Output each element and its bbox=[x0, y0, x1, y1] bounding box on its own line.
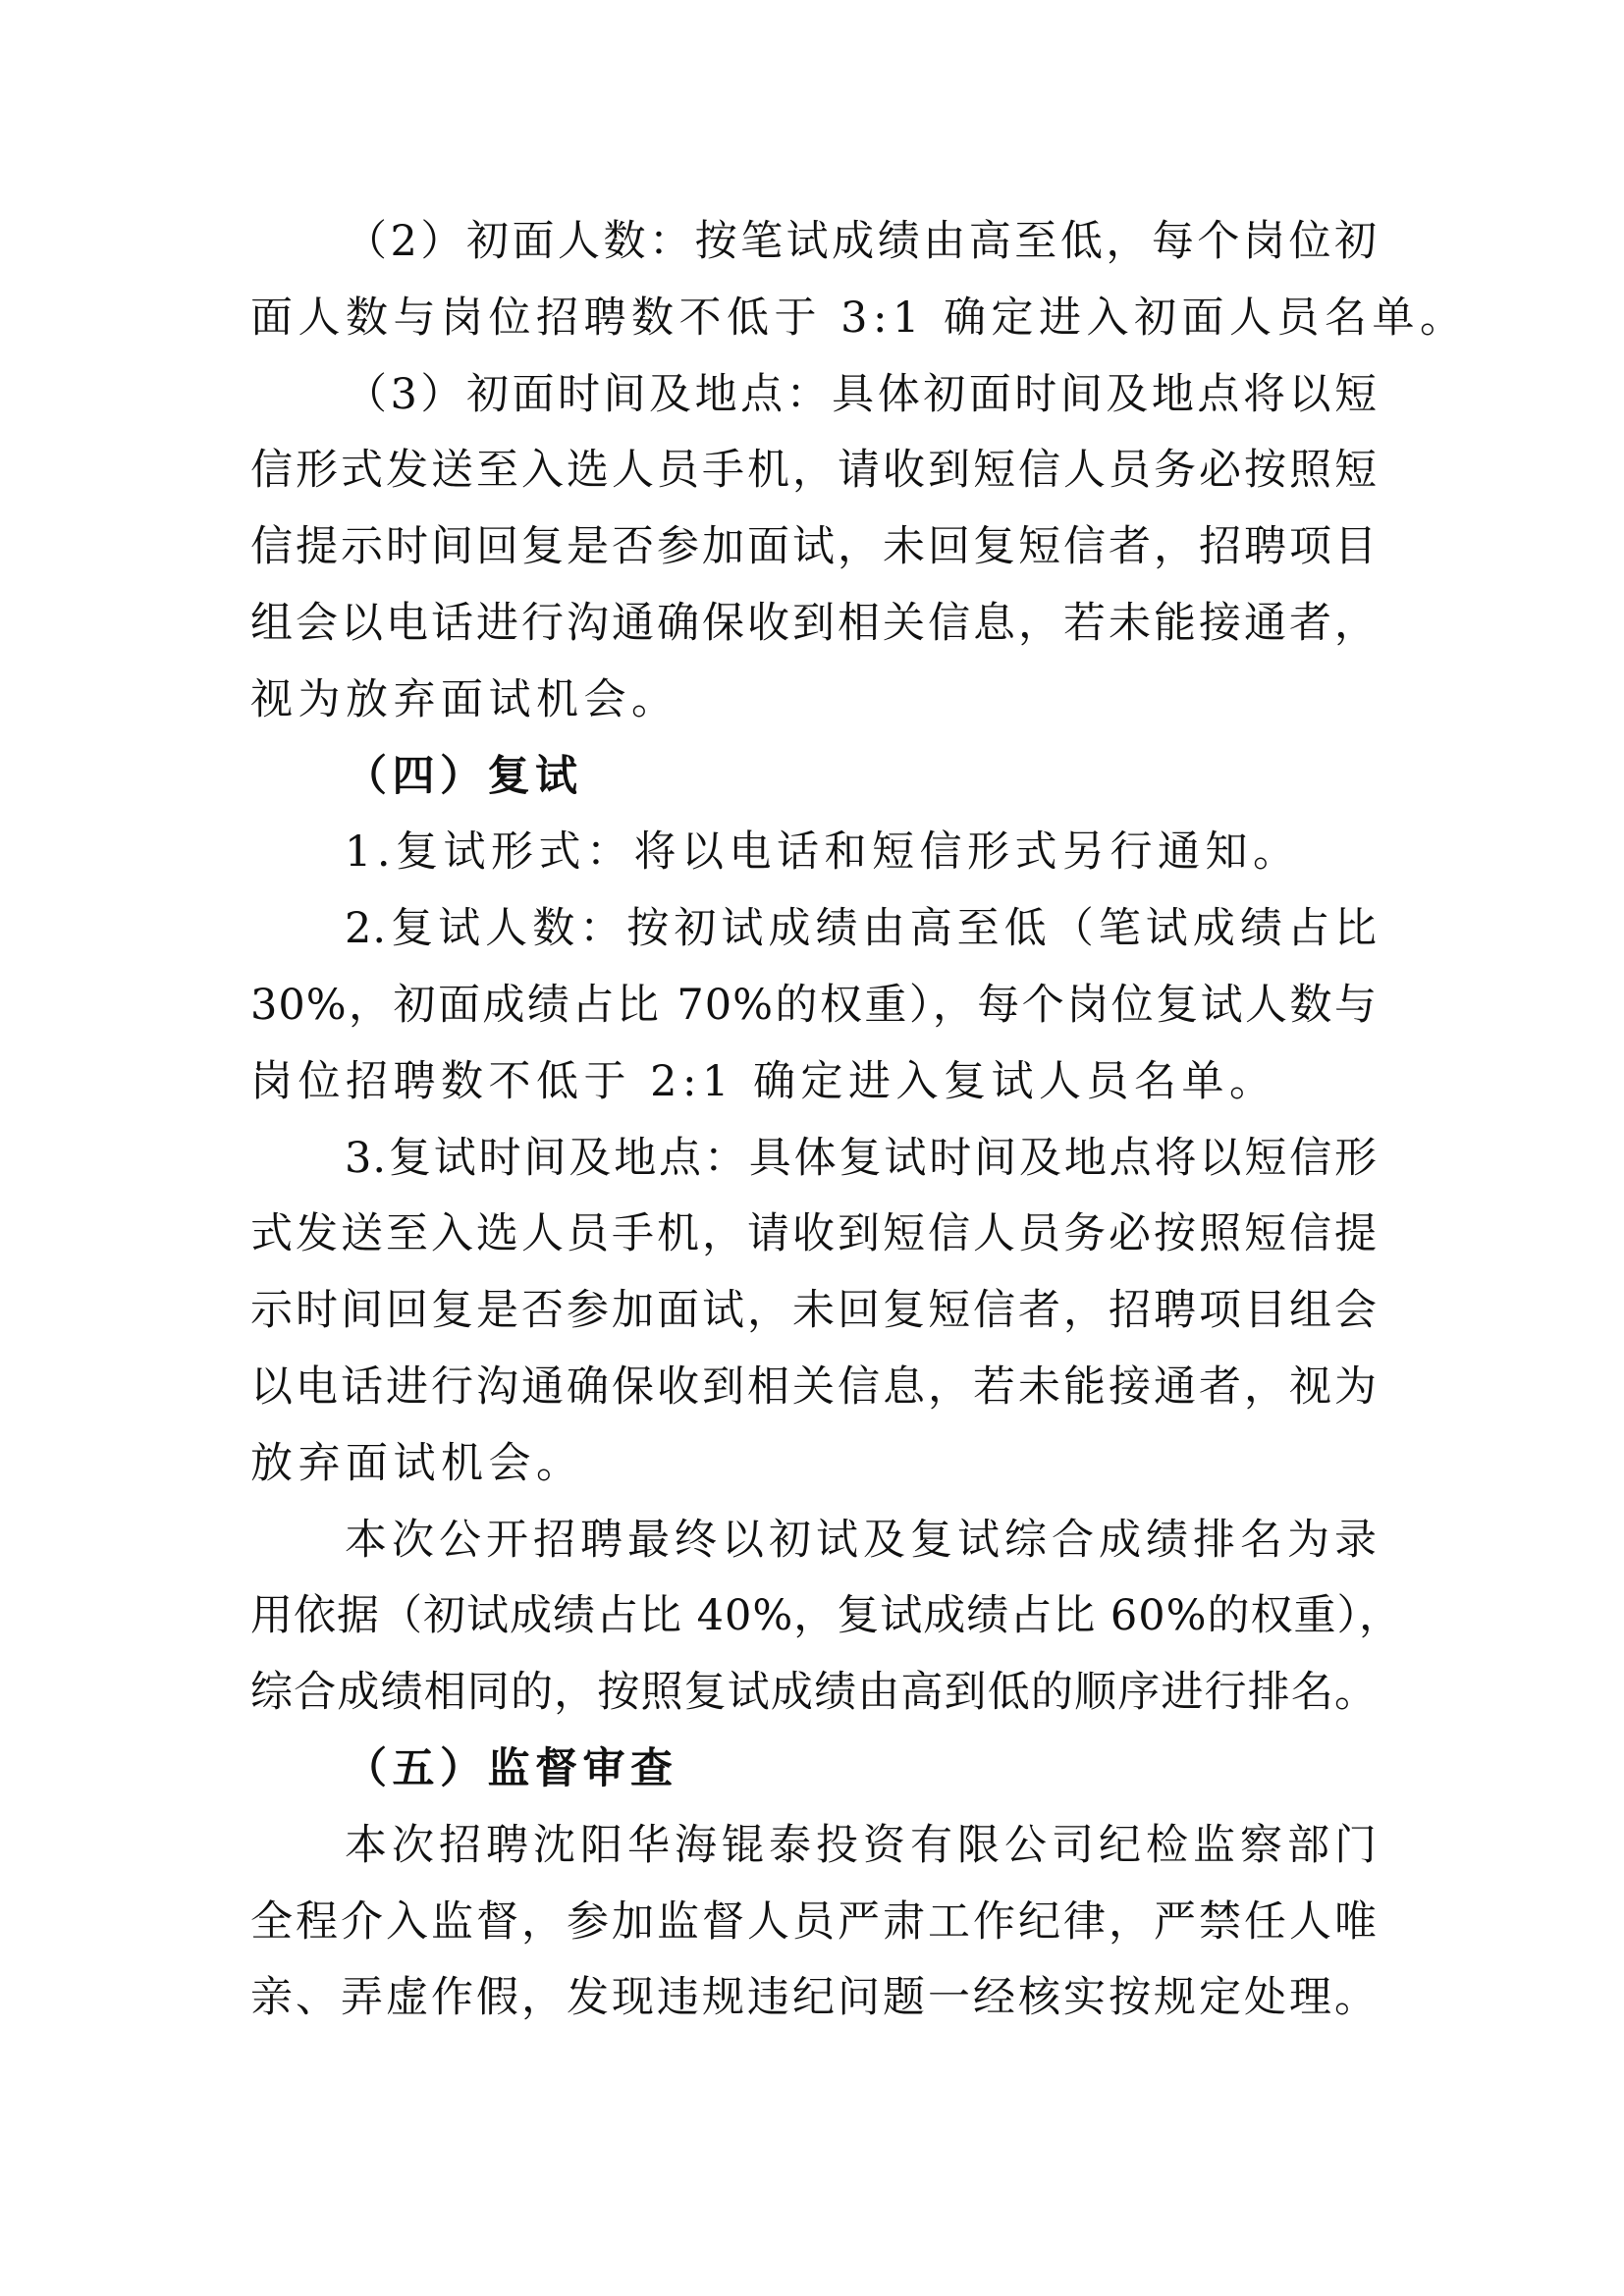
paragraph-line: 示时间回复是否参加面试，未回复短信者，招聘项目组会 bbox=[250, 1283, 1378, 1360]
paragraph-line: 本次公开招聘最终以初试及复试综合成绩排名为录 bbox=[250, 1513, 1378, 1589]
document-page: （2）初面人数：按笔试成绩由高至低，每个岗位初面人数与岗位招聘数不低于 3:1 … bbox=[250, 214, 1378, 2047]
section-heading: （四）复试 bbox=[250, 749, 1378, 826]
paragraph-line: 信形式发送至入选人员手机，请收到短信人员务必按照短 bbox=[250, 443, 1378, 519]
paragraph-line: 视为放弃面试机会。 bbox=[250, 672, 1378, 749]
paragraph-line: 以电话进行沟通确保收到相关信息，若未能接通者，视为 bbox=[250, 1360, 1378, 1436]
paragraph-line: 本次招聘沈阳华海锟泰投资有限公司纪检监察部门 bbox=[250, 1818, 1378, 1895]
paragraph-line: 全程介入监督，参加监督人员严肃工作纪律，严禁任人唯 bbox=[250, 1895, 1378, 1971]
paragraph-line: （3）初面时间及地点：具体初面时间及地点将以短 bbox=[250, 367, 1378, 444]
paragraph-line: 30%，初面成绩占比 70%的权重），每个岗位复试人数与 bbox=[250, 978, 1378, 1054]
paragraph-line: 用依据（初试成绩占比 40%，复试成绩占比 60%的权重）， bbox=[250, 1588, 1378, 1665]
paragraph-line: 式发送至入选人员手机，请收到短信人员务必按照短信提 bbox=[250, 1206, 1378, 1283]
paragraph-line: （2）初面人数：按笔试成绩由高至低，每个岗位初 bbox=[250, 214, 1378, 291]
paragraph-line: 3.复试时间及地点：具体复试时间及地点将以短信形 bbox=[250, 1131, 1378, 1207]
paragraph-line: 信提示时间回复是否参加面试，未回复短信者，招聘项目 bbox=[250, 519, 1378, 596]
section-heading: （五）监督审查 bbox=[250, 1741, 1378, 1818]
paragraph-line: 1.复试形式：将以电话和短信形式另行通知。 bbox=[250, 825, 1378, 901]
paragraph-line: 综合成绩相同的，按照复试成绩由高到低的顺序进行排名。 bbox=[250, 1665, 1378, 1741]
paragraph-line: 亲、弄虚作假，发现违规违纪问题一经核实按规定处理。 bbox=[250, 1970, 1378, 2047]
paragraph-line: 岗位招聘数不低于 2:1 确定进入复试人员名单。 bbox=[250, 1054, 1378, 1131]
paragraph-line: 组会以电话进行沟通确保收到相关信息，若未能接通者， bbox=[250, 596, 1378, 672]
paragraph-line: 放弃面试机会。 bbox=[250, 1436, 1378, 1513]
paragraph-line: 2.复试人数：按初试成绩由高至低（笔试成绩占比 bbox=[250, 901, 1378, 978]
paragraph-line: 面人数与岗位招聘数不低于 3:1 确定进入初面人员名单。 bbox=[250, 291, 1378, 367]
